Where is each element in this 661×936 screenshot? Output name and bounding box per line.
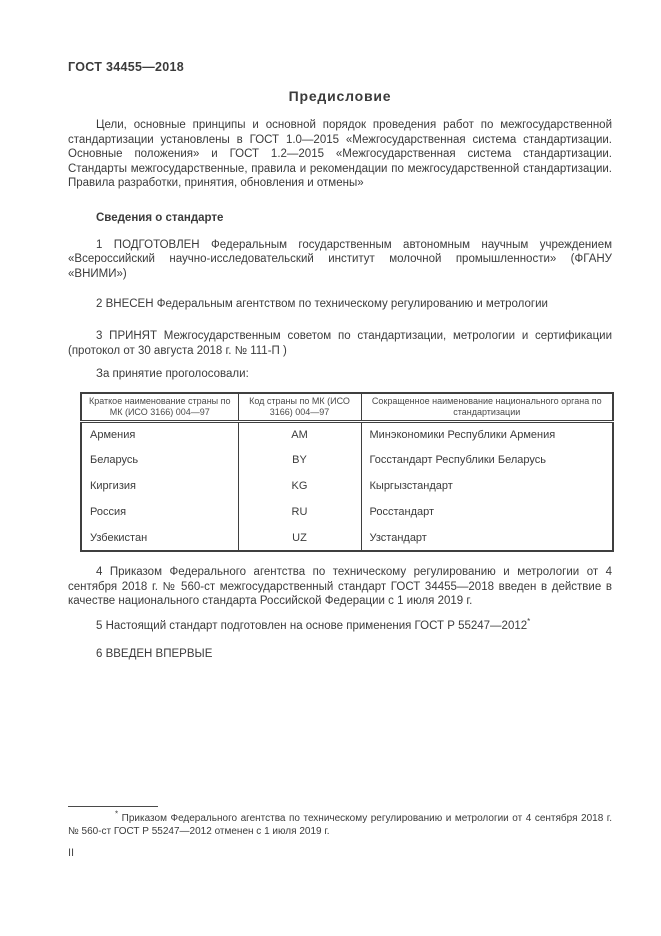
document-page: ГОСТ 34455—2018 Предисловие Цели, основн… xyxy=(0,0,661,936)
national-org-cell: Минэкономики Республики Армения xyxy=(361,421,613,447)
footnote-reference-marker: * xyxy=(527,617,530,626)
country-name-cell: Россия xyxy=(81,499,238,525)
footnote-body: Приказом Федерального агентства по техни… xyxy=(68,813,612,837)
country-code-cell: UZ xyxy=(238,525,361,551)
item-order-enacted: 4 Приказом Федерального агентства по тех… xyxy=(68,565,612,609)
table-header-country-code: Код страны по МК (ИСО 3166) 004—97 xyxy=(238,393,361,422)
national-org-cell: Узстандарт xyxy=(361,525,613,551)
country-code-cell: AM xyxy=(238,421,361,447)
page-title: Предисловие xyxy=(68,88,612,104)
table-row: Узбекистан UZ Узстандарт xyxy=(81,525,613,551)
country-code-cell: BY xyxy=(238,447,361,473)
country-code-cell: KG xyxy=(238,473,361,499)
page-number: II xyxy=(68,847,612,859)
item-prepared: 1 ПОДГОТОВЛЕН Федеральным государственны… xyxy=(68,238,612,282)
item-basis: 5 Настоящий стандарт подготовлен на осно… xyxy=(68,619,612,634)
country-name-cell: Беларусь xyxy=(81,447,238,473)
national-org-cell: Кыргызстандарт xyxy=(361,473,613,499)
standard-number: ГОСТ 34455—2018 xyxy=(68,60,612,74)
table-header-national-org: Сокращенное наименование национального о… xyxy=(361,393,613,422)
intro-paragraph: Цели, основные принципы и основной поряд… xyxy=(68,118,612,191)
country-name-cell: Армения xyxy=(81,421,238,447)
table-row: Киргизия KG Кыргызстандарт xyxy=(81,473,613,499)
footnote-rule xyxy=(68,806,158,807)
vote-intro-line: За принятие проголосовали: xyxy=(68,367,612,382)
table-row: Армения AM Минэкономики Республики Армен… xyxy=(81,421,613,447)
page-content: ГОСТ 34455—2018 Предисловие Цели, основн… xyxy=(68,60,612,661)
table-row: Беларусь BY Госстандарт Республики Белар… xyxy=(81,447,613,473)
standard-info-heading: Сведения о стандарте xyxy=(68,211,612,226)
country-name-cell: Узбекистан xyxy=(81,525,238,551)
country-name-cell: Киргизия xyxy=(81,473,238,499)
country-code-cell: RU xyxy=(238,499,361,525)
footnote-area: * Приказом Федерального агентства по тех… xyxy=(68,806,612,859)
voting-table: Краткое наименование страны по МК (ИСО 3… xyxy=(80,392,614,553)
table-row: Россия RU Росстандарт xyxy=(81,499,613,525)
national-org-cell: Росстандарт xyxy=(361,499,613,525)
national-org-cell: Госстандарт Республики Беларусь xyxy=(361,447,613,473)
table-header-country-name: Краткое наименование страны по МК (ИСО 3… xyxy=(81,393,238,422)
footnote-marker: * xyxy=(115,810,118,819)
item-adopted: 3 ПРИНЯТ Межгосударственным советом по с… xyxy=(68,329,612,358)
table-header-row: Краткое наименование страны по МК (ИСО 3… xyxy=(81,393,613,422)
item-basis-text: 5 Настоящий стандарт подготовлен на осно… xyxy=(96,620,527,632)
footnote-text: * Приказом Федерального агентства по тех… xyxy=(68,812,612,838)
item-first-introduced: 6 ВВЕДЕН ВПЕРВЫЕ xyxy=(68,647,612,662)
item-submitted: 2 ВНЕСЕН Федеральным агентством по техни… xyxy=(68,297,612,312)
